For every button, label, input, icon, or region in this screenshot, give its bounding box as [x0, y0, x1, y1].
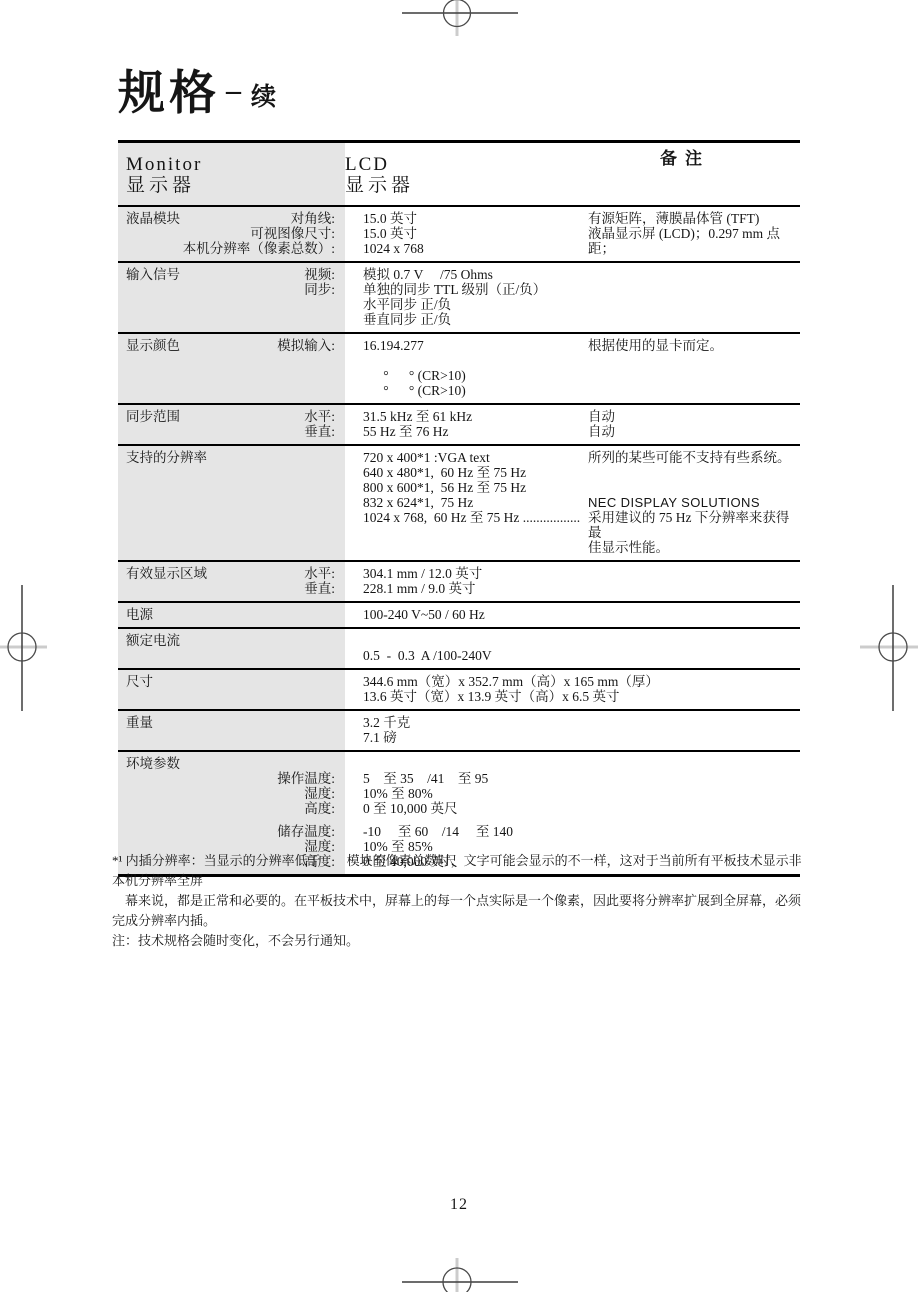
- value-line: [363, 756, 570, 771]
- row-header-cell: 显示颜色模拟输入:: [118, 334, 345, 403]
- row-values: 0.5 - 0.3 A /100-240V: [345, 629, 570, 668]
- note-line: [588, 465, 800, 480]
- row-label: 额定电流: [126, 633, 180, 648]
- sub-label: 高度:: [126, 801, 335, 816]
- note-line: 采用建议的 75 Hz 下分辨率来获得最: [588, 510, 800, 540]
- spec-table: Monitor 显示器 LCD 显示器 备注 液晶模块对角线:可视图像尺寸:本机…: [118, 140, 800, 877]
- page-title: 规格–续: [118, 56, 276, 123]
- sub-label: 垂直:: [126, 424, 335, 439]
- page-number: 12: [0, 1196, 918, 1214]
- sub-label: 垂直:: [126, 581, 335, 596]
- table-row: 支持的分辨率720 x 400*1 :VGA text640 x 480*1, …: [118, 446, 800, 562]
- value-line: 832 x 624*1, 75 Hz: [363, 495, 570, 510]
- row-label: 环境参数: [126, 756, 335, 771]
- row-label: 有效显示区域: [126, 566, 207, 581]
- row-label: 电源: [126, 607, 153, 622]
- value-line: 单独的同步 TTL 级别（正/负）: [363, 282, 570, 297]
- sub-label: 湿度:: [126, 786, 335, 801]
- footnotes: *¹ 内插分辨率：当显示的分辨率低于 模块的像素总数时，文字可能会显示的不一样，…: [112, 851, 812, 951]
- value-line: 0 至 10,000 英尺: [363, 801, 570, 816]
- crop-mark-bottom: [395, 1252, 525, 1292]
- value-line: 640 x 480*1, 60 Hz 至 75 Hz: [363, 465, 570, 480]
- table-row: 输入信号视频:同步:模拟 0.7 V /75 Ohms单独的同步 TTL 级别（…: [118, 263, 800, 334]
- row-label: 重量: [126, 715, 153, 730]
- row-label: 支持的分辨率: [126, 450, 207, 465]
- value-line: ° ° (CR>10): [363, 368, 570, 383]
- value-line: 1024 x 768: [363, 241, 570, 256]
- document-page: 规格–续 Monitor 显示器 LCD 显示器 备注 液晶模块对角线:可视图像…: [0, 0, 918, 1292]
- sub-label: 操作温度:: [126, 771, 335, 786]
- crop-mark-right: [856, 585, 918, 711]
- row-notes: 自动自动: [570, 405, 800, 444]
- row-notes: 所列的某些可能不支持有些系统。NEC DISPLAY SOLUTIONS采用建议…: [570, 446, 800, 560]
- note-line: 自动: [588, 409, 800, 424]
- note-line: 自动: [588, 424, 800, 439]
- value-line: 16.194.277: [363, 338, 570, 353]
- row-notes: 根据使用的显卡而定。: [570, 334, 800, 403]
- row-header-cell: 重量: [118, 711, 345, 750]
- value-line: 31.5 kHz 至 61 kHz: [363, 409, 570, 424]
- page-title-main: 规格: [118, 68, 220, 120]
- sub-label: 可视图像尺寸:: [126, 226, 335, 241]
- row-header-cell: 尺寸: [118, 670, 345, 709]
- monitor-header-en: Monitor: [126, 154, 345, 175]
- footnote-line: 幕来说，都是正常和必要的。在平板技术中，屏幕上的每一个点实际是一个像素，因此要将…: [112, 891, 812, 931]
- row-values: 15.0 英寸15.0 英寸1024 x 768: [345, 207, 570, 261]
- sub-label: 储存温度:: [126, 824, 335, 839]
- note-line: 液晶显示屏 (LCD)；0.297 mm 点距；: [588, 226, 800, 256]
- value-line: [363, 633, 570, 648]
- value-line: 800 x 600*1, 56 Hz 至 75 Hz: [363, 480, 570, 495]
- row-values: 720 x 400*1 :VGA text640 x 480*1, 60 Hz …: [345, 446, 570, 560]
- row-label: 尺寸: [126, 674, 153, 689]
- page-title-dash: –: [226, 74, 241, 107]
- column-header-notes: 备注: [570, 143, 800, 205]
- monitor-header-cn: 显示器: [126, 175, 345, 196]
- row-label: 输入信号: [126, 267, 180, 282]
- crop-mark-top: [395, 0, 525, 40]
- row-values: 344.6 mm（宽）x 352.7 mm（高）x 165 mm（厚）13.6 …: [345, 670, 570, 709]
- note-line: NEC DISPLAY SOLUTIONS: [588, 495, 800, 510]
- row-notes: [570, 603, 800, 627]
- value-line: 100-240 V~50 / 60 Hz: [363, 607, 570, 622]
- footnote-line: *¹ 内插分辨率：当显示的分辨率低于 模块的像素总数时，文字可能会显示的不一样，…: [112, 851, 812, 891]
- footnote-line: 注：技术规格会随时变化，不会另行通知。: [112, 931, 812, 951]
- table-header-row: Monitor 显示器 LCD 显示器 备注: [118, 143, 800, 207]
- row-values: 100-240 V~50 / 60 Hz: [345, 603, 570, 627]
- row-notes: [570, 711, 800, 750]
- note-line: 有源矩阵，薄膜晶体管 (TFT): [588, 211, 800, 226]
- value-line: 720 x 400*1 :VGA text: [363, 450, 570, 465]
- table-row: 液晶模块对角线:可视图像尺寸:本机分辨率（像素总数）:15.0 英寸15.0 英…: [118, 207, 800, 263]
- value-line: 13.6 英寸（宽）x 13.9 英寸（高）x 6.5 英寸: [363, 689, 570, 704]
- value-line: 15.0 英寸: [363, 211, 570, 226]
- row-notes: [570, 263, 800, 332]
- value-line: 模拟 0.7 V /75 Ohms: [363, 267, 570, 282]
- lcd-header-cn: 显示器: [345, 175, 570, 196]
- row-notes: [570, 670, 800, 709]
- table-row: 有效显示区域水平:垂直:304.1 mm / 12.0 英寸228.1 mm /…: [118, 562, 800, 603]
- note-line: 根据使用的显卡而定。: [588, 338, 800, 353]
- value-line: [363, 353, 570, 368]
- value-line: 228.1 mm / 9.0 英寸: [363, 581, 570, 596]
- row-header-cell: 电源: [118, 603, 345, 627]
- note-line: 所列的某些可能不支持有些系统。: [588, 450, 800, 465]
- note-line: [588, 480, 800, 495]
- table-row: 尺寸344.6 mm（宽）x 352.7 mm（高）x 165 mm（厚）13.…: [118, 670, 800, 711]
- table-row: 同步范围水平:垂直:31.5 kHz 至 61 kHz55 Hz 至 76 Hz…: [118, 405, 800, 446]
- value-line: 水平同步 正/负: [363, 297, 570, 312]
- row-label: 液晶模块: [126, 211, 180, 226]
- sub-label: 同步:: [126, 282, 335, 297]
- sub-label: 本机分辨率（像素总数）:: [126, 241, 335, 256]
- value-line: 55 Hz 至 76 Hz: [363, 424, 570, 439]
- value-line: 304.1 mm / 12.0 英寸: [363, 566, 570, 581]
- value-line: -10 至 60 /14 至 140: [363, 824, 570, 839]
- table-row: 重量3.2 千克7.1 磅: [118, 711, 800, 752]
- value-line: 10% 至 80%: [363, 786, 570, 801]
- value-line: 垂直同步 正/负: [363, 312, 570, 327]
- row-label: 显示颜色: [126, 338, 180, 353]
- value-line: ° ° (CR>10): [363, 383, 570, 398]
- column-header-monitor: Monitor 显示器: [118, 143, 345, 205]
- row-header-cell: 同步范围水平:垂直:: [118, 405, 345, 444]
- page-title-suffix: 续: [251, 84, 276, 111]
- column-header-lcd: LCD 显示器: [345, 143, 570, 205]
- table-row: 显示颜色模拟输入:16.194.277 ° ° (CR>10) ° ° (CR>…: [118, 334, 800, 405]
- note-line: 佳显示性能。: [588, 540, 800, 555]
- row-header-cell: 支持的分辨率: [118, 446, 345, 560]
- row-header-cell: 输入信号视频:同步:: [118, 263, 345, 332]
- crop-mark-left: [0, 585, 52, 711]
- value-line: 5 至 35 /41 至 95: [363, 771, 570, 786]
- row-values: 3.2 千克7.1 磅: [345, 711, 570, 750]
- value-line: 344.6 mm（宽）x 352.7 mm（高）x 165 mm（厚）: [363, 674, 570, 689]
- value-line: 15.0 英寸: [363, 226, 570, 241]
- value-line: 1024 x 768, 60 Hz 至 75 Hz ..............…: [363, 510, 570, 525]
- value-line: 0.5 - 0.3 A /100-240V: [363, 648, 570, 663]
- row-header-cell: 有效显示区域水平:垂直:: [118, 562, 345, 601]
- table-row: 电源100-240 V~50 / 60 Hz: [118, 603, 800, 629]
- table-body: 液晶模块对角线:可视图像尺寸:本机分辨率（像素总数）:15.0 英寸15.0 英…: [118, 207, 800, 877]
- table-row: 额定电流0.5 - 0.3 A /100-240V: [118, 629, 800, 670]
- row-notes: 有源矩阵，薄膜晶体管 (TFT)液晶显示屏 (LCD)；0.297 mm 点距；: [570, 207, 800, 261]
- row-header-cell: 液晶模块对角线:可视图像尺寸:本机分辨率（像素总数）:: [118, 207, 345, 261]
- row-values: 模拟 0.7 V /75 Ohms单独的同步 TTL 级别（正/负）水平同步 正…: [345, 263, 570, 332]
- row-notes: [570, 562, 800, 601]
- row-values: 304.1 mm / 12.0 英寸228.1 mm / 9.0 英寸: [345, 562, 570, 601]
- value-line: 7.1 磅: [363, 730, 570, 745]
- lcd-header-en: LCD: [345, 154, 570, 175]
- row-label: 同步范围: [126, 409, 180, 424]
- value-line: 3.2 千克: [363, 715, 570, 730]
- row-header-cell: 额定电流: [118, 629, 345, 668]
- row-notes: [570, 629, 800, 668]
- row-values: 16.194.277 ° ° (CR>10) ° ° (CR>10): [345, 334, 570, 403]
- row-values: 31.5 kHz 至 61 kHz55 Hz 至 76 Hz: [345, 405, 570, 444]
